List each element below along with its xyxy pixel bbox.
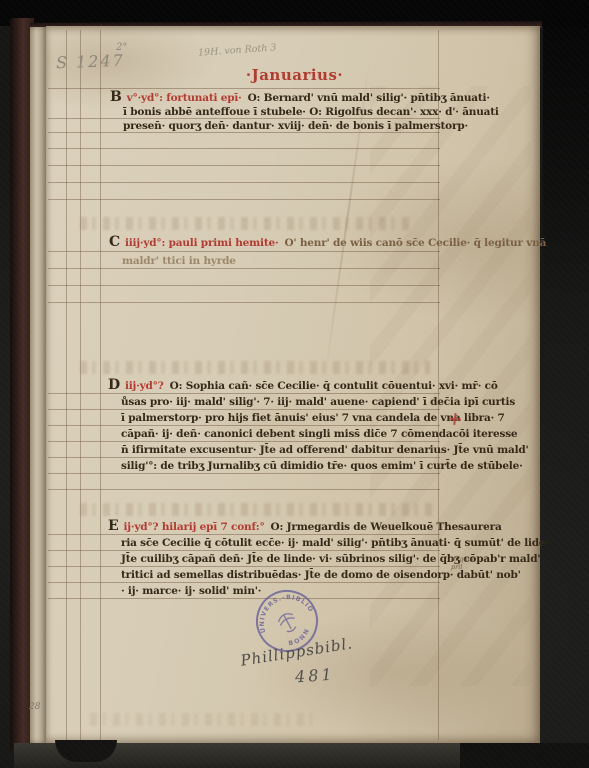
entry-continuation: ī bonis abbē anteffoue ī stubele· O: Rig…	[123, 105, 499, 133]
entry-initial: E	[108, 518, 118, 534]
entry-text: O: Sophia cañ· sc̄e Cecilie· q̄ contulit…	[170, 380, 498, 392]
show-through-text	[80, 217, 410, 230]
month-header: ·Januarius·	[0, 66, 589, 84]
manuscript-text-line: ůsas pro· iij· mald' silig'· 7· iij· mal…	[121, 394, 529, 410]
ruled-line-horizontal	[48, 148, 440, 149]
entry-continuation: maldr' ttici in hyrde	[122, 253, 546, 271]
ruled-line-horizontal	[48, 88, 440, 89]
entry-rubric: ij·yd°? hilarij epī 7 conf:°	[123, 521, 264, 533]
show-through-text	[80, 361, 430, 374]
entry-first-line: Diij·yd°?O: Sophia cañ· sc̄e Cecilie· q̄…	[108, 377, 529, 394]
calendar-entry-pauli: Ciiij·yd°: pauli primi hemite·O' henr' d…	[109, 234, 546, 270]
manuscript-text-line: maldr' ttici in hyrde	[122, 253, 546, 271]
ruled-line-vertical	[100, 30, 101, 740]
manuscript-photo: S 1247 2° 19H. von Roth 3 ·Januarius· Bv…	[0, 0, 589, 768]
ruled-line-horizontal	[48, 285, 440, 286]
manuscript-text-line: ī palmerstorp· pro hijs fiet ānuis' eius…	[121, 410, 529, 426]
ruled-line-horizontal	[48, 199, 440, 200]
entry-first-line: Eij·yd°? hilarij epī 7 conf:°O: Jrmegard…	[108, 518, 549, 535]
manuscript-text-line: · ij· marce· ij· solid' min'·	[121, 583, 549, 599]
entry-text: O' henr' de wiis canō sc̄e Cecilie· q̄ l…	[284, 237, 546, 249]
show-through-text	[90, 713, 320, 726]
provenance-number: 481	[294, 665, 335, 687]
show-through-text	[80, 503, 435, 516]
manuscript-text-line: tritici ad semellas distribuēdas· Jt̄e d…	[121, 567, 549, 583]
pencil-folio-number: 28	[29, 702, 40, 712]
cradle-shadow	[460, 743, 589, 768]
ruled-line-horizontal	[48, 302, 440, 303]
calendar-entry-fortunati: Bv°·yd°: fortunati epī·O: Bernard' vnū m…	[110, 90, 499, 133]
entry-text: O: Jrmegardis de Weuelkouē Thesaurera	[271, 521, 502, 533]
entry-continuation: ůsas pro· iij· mald' silig'· 7· iij· mal…	[121, 394, 529, 474]
margin-note: m quar pril	[451, 555, 475, 571]
red-cross-mark: +	[446, 407, 464, 431]
entry-initial: B	[110, 89, 122, 105]
entry-initial: D	[108, 377, 120, 393]
entry-continuation: ria sc̄e Cecilie q̄ cōtulit ecc̄e· ij· m…	[121, 535, 549, 599]
entry-first-line: Bv°·yd°: fortunati epī·O: Bernard' vnū m…	[110, 90, 499, 105]
entry-first-line: Ciiij·yd°: pauli primi hemite·O' henr' d…	[109, 234, 546, 253]
manuscript-text-line: presen̄· quorʒ den̄· dantur· xviij· den̄…	[123, 119, 499, 133]
ruled-line-vertical	[66, 30, 67, 740]
ruled-line-horizontal	[48, 182, 440, 183]
entry-rubric: v°·yd°: fortunati epī·	[127, 92, 242, 104]
ruled-line-horizontal	[48, 489, 440, 490]
margin-note-line: m quar	[451, 555, 475, 563]
manuscript-text-line: ria sc̄e Cecilie q̄ cōtulit ecc̄e· ij· m…	[121, 535, 549, 551]
entry-initial: C	[109, 234, 120, 250]
calendar-entry-hilarij: Eij·yd°? hilarij epī 7 conf:°O: Jrmegard…	[108, 518, 549, 599]
ruled-line-horizontal	[48, 165, 440, 166]
manuscript-text-line: ī bonis abbē anteffoue ī stubele· O: Rig…	[123, 105, 499, 119]
manuscript-text-line: n̄ ifirmitate excusentur· Jt̄e ad offere…	[121, 442, 529, 458]
entry-text: O: Bernard' vnū mald' silig'· pn̄tibʒ ān…	[248, 92, 490, 104]
entry-rubric: iij·yd°?	[125, 380, 164, 392]
stamp-eagle-icon	[277, 611, 300, 634]
manuscript-text-line: cāpañ· ij· deñ· canonici debent singli m…	[121, 426, 529, 442]
manuscript-text-line: silig'°: de tribʒ Jurnalibʒ cū dimidio t…	[121, 458, 529, 474]
backdrop-right	[543, 0, 589, 300]
manuscript-text-line: Jt̄e cuilibʒ cāpañ deñ· Jt̄e de linde· v…	[121, 551, 549, 567]
calendar-entry-sophia: Diij·yd°?O: Sophia cañ· sc̄e Cecilie· q̄…	[108, 377, 529, 474]
entry-rubric: iiij·yd°: pauli primi hemite·	[125, 237, 278, 249]
pencil-format-mark: 2°	[116, 42, 127, 53]
margin-note-line: pril	[451, 563, 475, 571]
ruled-line-vertical	[80, 30, 81, 740]
